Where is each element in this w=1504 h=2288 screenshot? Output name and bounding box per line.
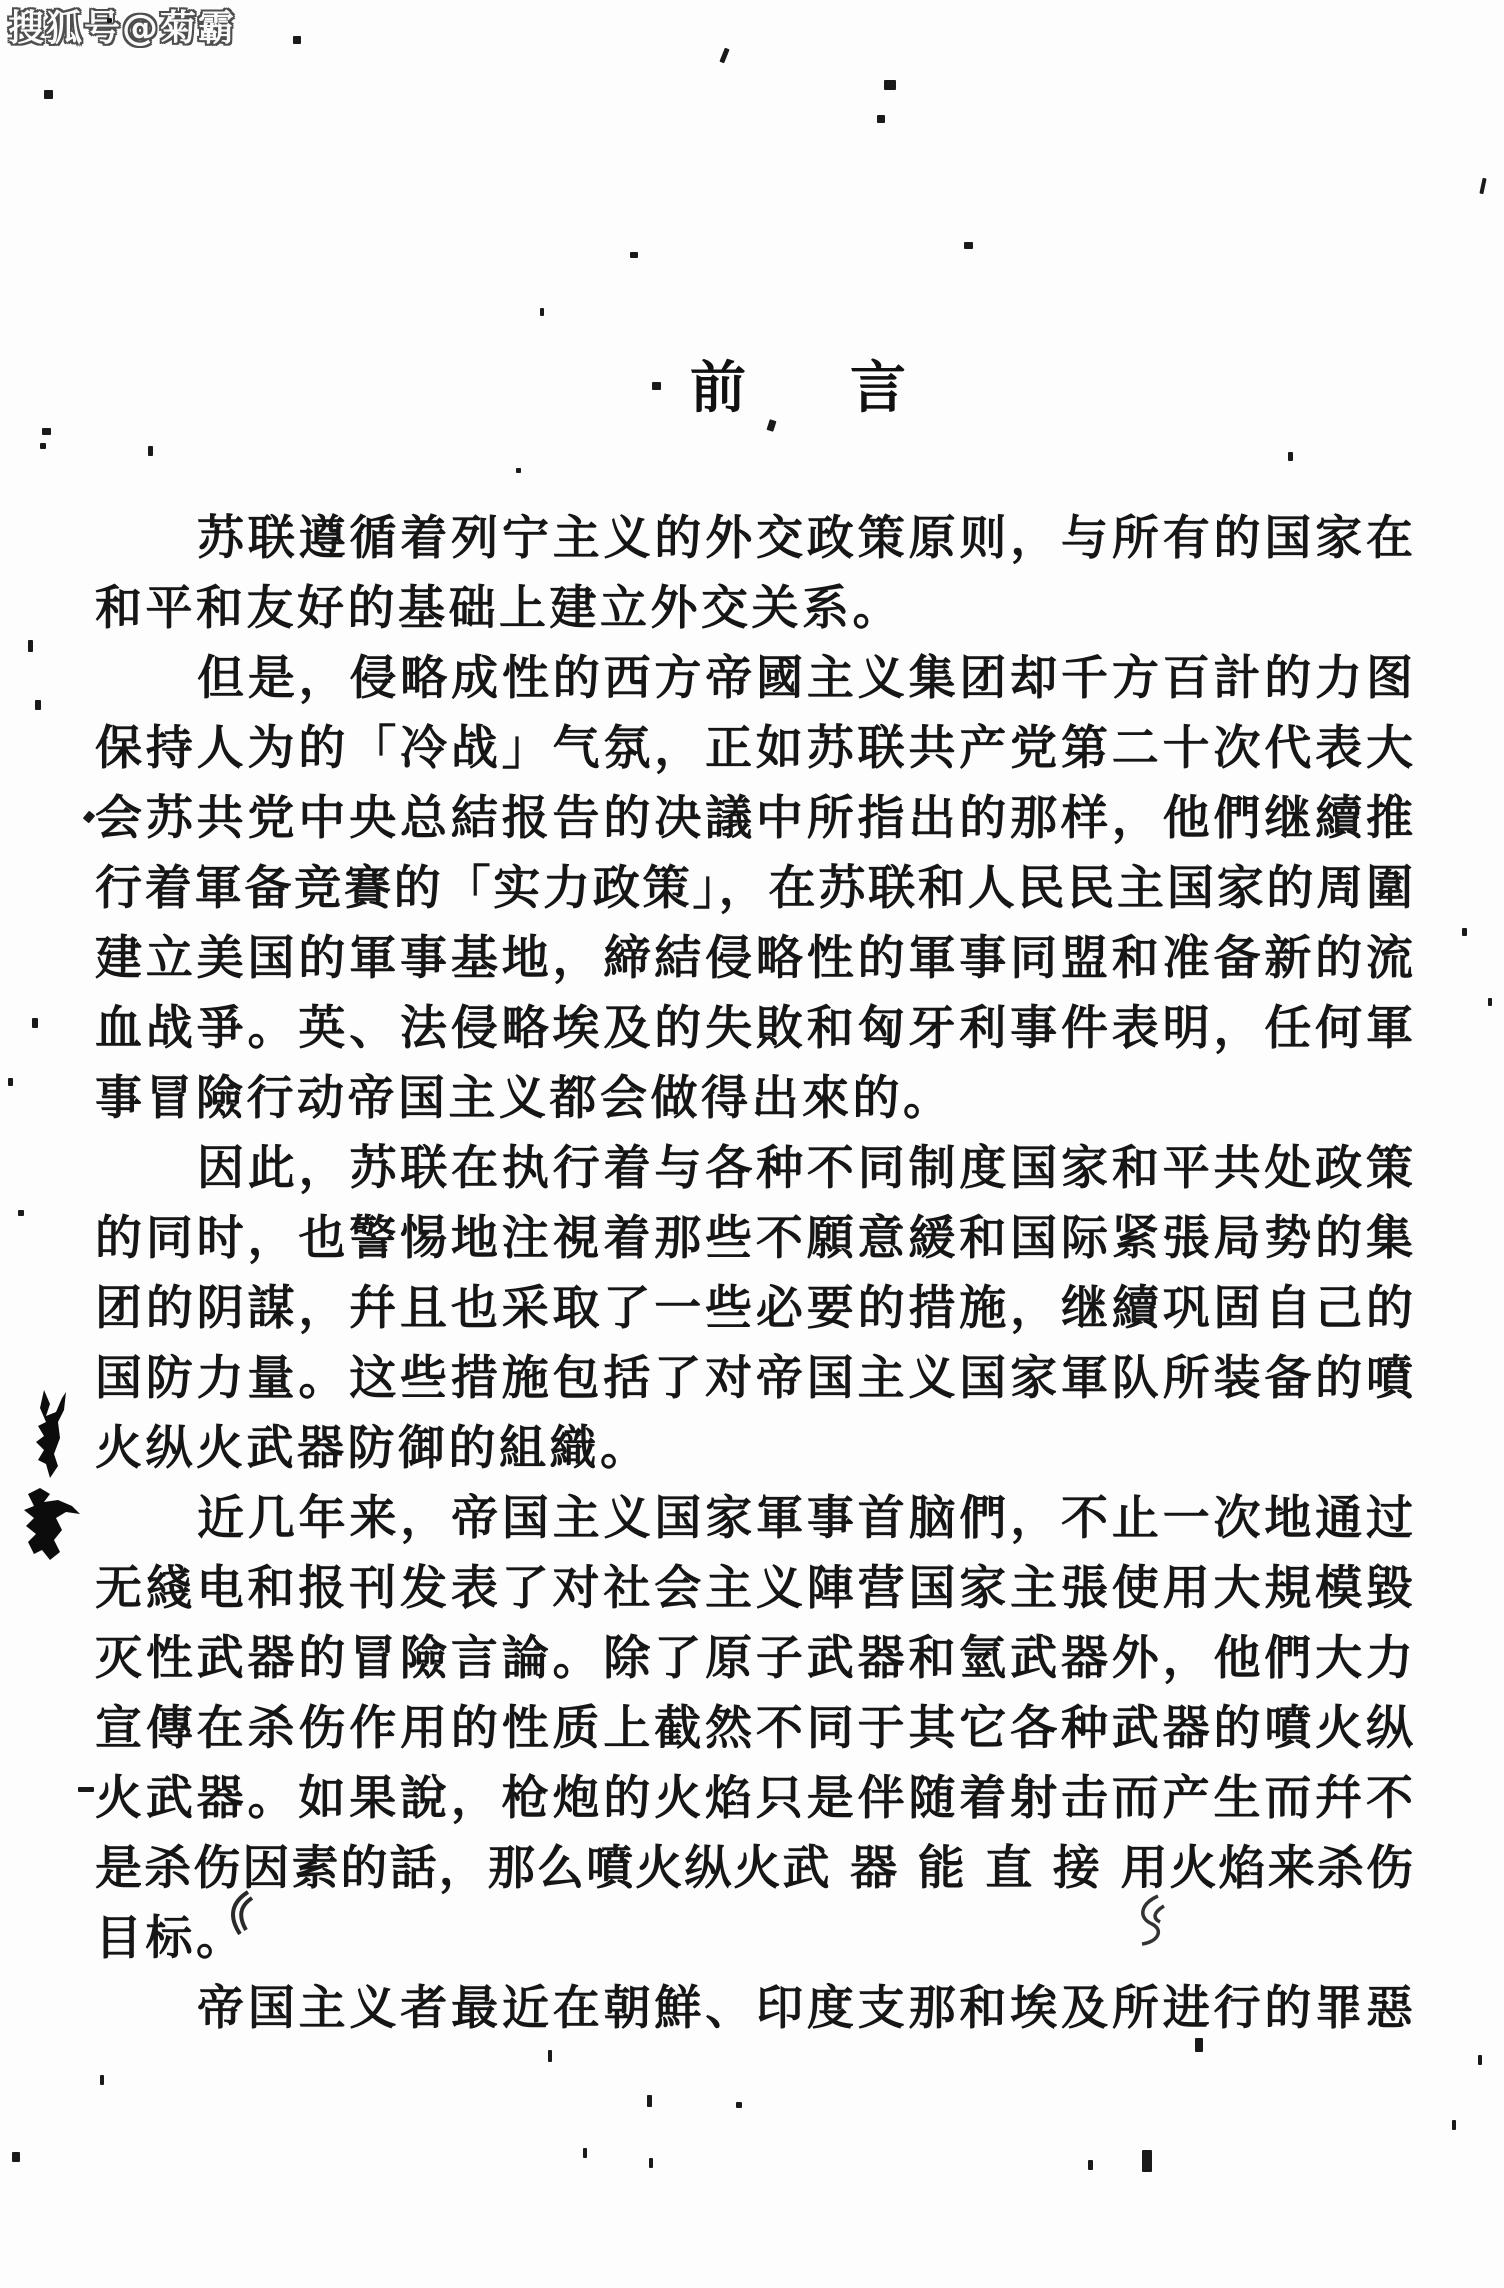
text-line: 苏联遵循着列宁主义的外交政策原则，与所有的国家在 — [95, 506, 1413, 576]
text-line: 宣傳在杀伤作用的性质上截然不同于其它各种武器的噴火纵 — [95, 1696, 1413, 1766]
ink-speck — [1478, 2055, 1482, 2065]
ink-speck — [12, 2152, 20, 2162]
ink-blob-left-margin — [6, 1382, 96, 1572]
text-line: 火纵火武器防御的組織。 — [95, 1416, 1413, 1486]
text-line: 的同时，也警惕地注視着那些不願意緩和国际紧張局势的集 — [95, 1206, 1413, 1276]
ink-speck — [28, 640, 33, 652]
ink-speck — [548, 2050, 552, 2062]
ink-speck — [148, 446, 153, 456]
ink-speck — [1479, 178, 1486, 194]
ink-smudge-right — [1128, 1892, 1174, 1948]
scanned-page: 搜狐号@菊霸 前 言 苏联遵循着列宁主义的外交政策原则，与所有的国家在 和平和友… — [0, 0, 1504, 2288]
text-line: 近几年来，帝国主义国家軍事首脑們，不止一次地通过 — [95, 1486, 1413, 1556]
ink-speck — [100, 2075, 104, 2085]
text-line: 是杀伤因素的話，那么噴火纵火武 器 能 直 接 用火焰来杀伤 — [95, 1836, 1413, 1906]
ink-speck — [40, 443, 46, 449]
text-line: 无綫电和报刊发表了对社会主义陣营国家主張使用大規模毀 — [95, 1556, 1413, 1626]
ink-speck — [293, 36, 301, 44]
ink-speck — [1462, 928, 1467, 936]
text-line: 行着軍备竞賽的「实力政策」，在苏联和人民民主国家的周圍 — [95, 856, 1413, 926]
ink-speck — [1088, 2160, 1093, 2170]
ink-speck — [83, 811, 96, 824]
ink-speck — [1288, 452, 1293, 461]
ink-speck — [719, 48, 729, 64]
text-line: 保持人为的「冷战」气氛，正如苏联共产党第二十次代表大 — [95, 716, 1413, 786]
ink-speck — [1195, 2038, 1203, 2052]
text-line: 和平和友好的基础上建立外交关系。 — [95, 576, 1413, 646]
ink-speck — [1452, 2120, 1456, 2130]
ink-smudge-after-target — [218, 1888, 258, 1938]
ink-speck — [736, 2102, 742, 2108]
ink-speck — [1142, 2150, 1152, 2172]
ink-speck — [78, 1787, 94, 1792]
watermark-sohu-account: 搜狐号@菊霸 — [8, 0, 236, 51]
ink-speck — [540, 308, 544, 316]
ink-speck — [1488, 998, 1492, 1006]
text-line: 会苏共党中央总結报告的决議中所指出的那样，他們继續推 — [95, 786, 1413, 856]
ink-speck — [42, 428, 51, 435]
text-line: 血战爭。英、法侵略埃及的失敗和匈牙利事件表明，任何軍 — [95, 996, 1413, 1066]
ink-speck — [964, 242, 973, 249]
text-line: 目标。 — [95, 1906, 1413, 1976]
ink-speck — [107, 18, 112, 23]
ink-speck — [516, 468, 521, 473]
ink-speck — [44, 90, 53, 99]
ink-speck — [649, 2158, 653, 2168]
ink-speck — [32, 1018, 38, 1028]
ink-speck — [647, 2095, 652, 2107]
body-text: 苏联遵循着列宁主义的外交政策原则，与所有的国家在 和平和友好的基础上建立外交关系… — [95, 506, 1413, 2046]
text-line: 事冒險行动帝国主义都会做得出來的。 — [95, 1066, 1413, 1136]
ink-speck — [8, 1078, 13, 1086]
ink-speck — [583, 2148, 587, 2158]
title-char-yan: 言 — [850, 360, 906, 418]
text-line: 国防力量。这些措施包括了对帝国主义国家軍队所装备的噴 — [95, 1346, 1413, 1416]
ink-speck — [652, 382, 661, 390]
text-line: 但是，侵略成性的西方帝國主义集团却千方百計的力图 — [95, 646, 1413, 716]
text-line: 帝国主义者最近在朝鮮、印度支那和埃及所进行的罪惡 — [95, 1976, 1413, 2046]
ink-speck — [877, 115, 885, 123]
text-line: 建立美国的軍事基地，締結侵略性的軍事同盟和准备新的流 — [95, 926, 1413, 996]
text-line: 火武器。如果說，枪炮的火焰只是伴随着射击而产生而幷不 — [95, 1766, 1413, 1836]
ink-speck — [18, 1210, 24, 1216]
text-line: 灭性武器的冒險言論。除了原子武器和氫武器外，他們大力 — [95, 1626, 1413, 1696]
ink-speck — [630, 252, 638, 258]
title-char-qian: 前 — [690, 360, 746, 418]
page-title-preface: 前 言 — [690, 360, 906, 418]
text-line: 团的阴謀，幷且也采取了一些必要的措施，继續巩固自己的 — [95, 1276, 1413, 1346]
ink-speck — [35, 700, 41, 710]
text-line: 因此，苏联在执行着与各种不同制度国家和平共处政策 — [95, 1136, 1413, 1206]
ink-speck — [884, 80, 896, 90]
ink-speck — [766, 419, 776, 432]
